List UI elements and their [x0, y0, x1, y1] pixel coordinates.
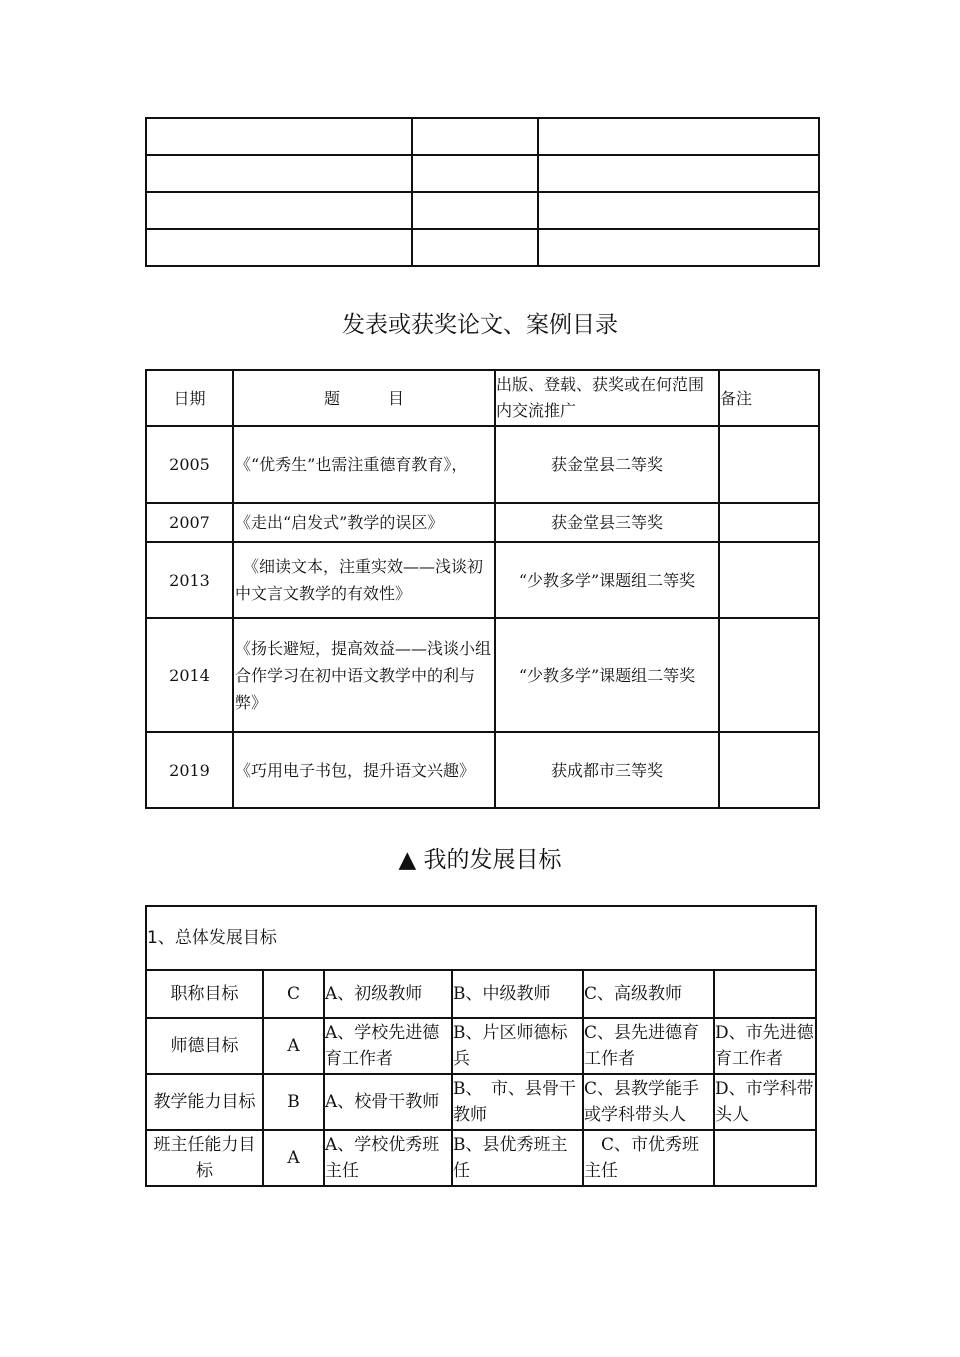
goal-choice: A: [263, 1018, 324, 1074]
blank-row: [146, 229, 819, 266]
goal-option: A、初级教师: [324, 970, 452, 1018]
goal-option: B、县优秀班主任: [452, 1130, 583, 1186]
goal-option: D、市学科带头人: [714, 1074, 816, 1130]
paper-notes: [719, 503, 819, 542]
goal-option: B、中级教师: [452, 970, 583, 1018]
paper-title: 《走出“启发式”教学的误区》: [233, 503, 495, 542]
blank-row: [146, 192, 819, 229]
blank-cell: [412, 118, 538, 155]
goal-row: 教学能力目标BA、校骨干教师B、 市、县骨干教师C、县教学能手或学科带头人D、市…: [146, 1074, 816, 1130]
paper-title: 《“优秀生”也需注重德育教育》，: [233, 426, 495, 503]
blank-cell: [146, 192, 412, 229]
paper-title: 《巧用电子书包，提升语文兴趣》: [233, 732, 495, 808]
blank-cell: [538, 192, 819, 229]
paper-notes: [719, 542, 819, 618]
goal-option: A、学校优秀班主任: [324, 1130, 452, 1186]
blank-cell: [538, 118, 819, 155]
goal-option: B、片区师德标兵: [452, 1018, 583, 1074]
goal-option: D、市先进德育工作者: [714, 1018, 816, 1074]
paper-row: 2019《巧用电子书包，提升语文兴趣》获成都市三等奖: [146, 732, 819, 808]
paper-award: 获金堂县三等奖: [495, 503, 719, 542]
blank-cell: [146, 155, 412, 192]
header-notes: 备注: [719, 370, 819, 426]
goal-option: B、 市、县骨干教师: [452, 1074, 583, 1130]
goal-label: 职称目标: [146, 970, 263, 1018]
paper-notes: [719, 426, 819, 503]
goals-table: 1、总体发展目标 职称目标CA、初级教师B、中级教师C、高级教师师德目标AA、学…: [145, 905, 817, 1187]
blank-row: [146, 118, 819, 155]
papers-header-row: 日期 题 目 出版、登载、获奖或在何范围内交流推广 备注: [146, 370, 819, 426]
header-date: 日期: [146, 370, 233, 426]
blank-table: [145, 117, 820, 267]
goals-section-row: 1、总体发展目标: [146, 906, 816, 970]
goal-row: 职称目标CA、初级教师B、中级教师C、高级教师: [146, 970, 816, 1018]
paper-row: 2014《扬长避短，提高效益——浅谈小组合作学习在初中语文教学中的利与弊》“少教…: [146, 618, 819, 732]
blank-cell: [538, 229, 819, 266]
goal-option: C、县先进德育工作者: [583, 1018, 714, 1074]
paper-date: 2019: [146, 732, 233, 808]
goal-option: [714, 1130, 816, 1186]
paper-date: 2013: [146, 542, 233, 618]
paper-award: “少教多学”课题组二等奖: [495, 618, 719, 732]
goal-option: A、学校先进德育工作者: [324, 1018, 452, 1074]
paper-award: 获成都市三等奖: [495, 732, 719, 808]
blank-cell: [146, 118, 412, 155]
paper-date: 2014: [146, 618, 233, 732]
header-publication: 出版、登载、获奖或在何范围内交流推广: [495, 370, 719, 426]
goals-heading: ▲ 我的发展目标: [0, 841, 960, 874]
blank-cell: [146, 229, 412, 266]
goal-choice: A: [263, 1130, 324, 1186]
goal-row: 班主任能力目标AA、学校优秀班主任B、县优秀班主任 C、市优秀班主任: [146, 1130, 816, 1186]
header-title: 题 目: [233, 370, 495, 426]
goal-row: 师德目标AA、学校先进德育工作者B、片区师德标兵C、县先进德育工作者D、市先进德…: [146, 1018, 816, 1074]
papers-heading: 发表或获奖论文、案例目录: [0, 306, 960, 339]
blank-cell: [412, 192, 538, 229]
goal-label: 师德目标: [146, 1018, 263, 1074]
paper-date: 2005: [146, 426, 233, 503]
paper-award: “少教多学”课题组二等奖: [495, 542, 719, 618]
paper-notes: [719, 732, 819, 808]
paper-title: 《扬长避短，提高效益——浅谈小组合作学习在初中语文教学中的利与弊》: [233, 618, 495, 732]
goal-option: C、市优秀班主任: [583, 1130, 714, 1186]
blank-cell: [538, 155, 819, 192]
paper-row: 2007《走出“启发式”教学的误区》获金堂县三等奖: [146, 503, 819, 542]
paper-award: 获金堂县二等奖: [495, 426, 719, 503]
papers-table: 日期 题 目 出版、登载、获奖或在何范围内交流推广 备注 2005《“优秀生”也…: [145, 369, 820, 809]
paper-row: 2013 《细读文本，注重实效——浅谈初中文言文教学的有效性》“少教多学”课题组…: [146, 542, 819, 618]
goal-choice: B: [263, 1074, 324, 1130]
blank-cell: [412, 229, 538, 266]
blank-cell: [412, 155, 538, 192]
goal-option: C、县教学能手或学科带头人: [583, 1074, 714, 1130]
paper-row: 2005《“优秀生”也需注重德育教育》，获金堂县二等奖: [146, 426, 819, 503]
goal-option: A、校骨干教师: [324, 1074, 452, 1130]
paper-notes: [719, 618, 819, 732]
paper-title: 《细读文本，注重实效——浅谈初中文言文教学的有效性》: [233, 542, 495, 618]
goal-choice: C: [263, 970, 324, 1018]
goal-option: [714, 970, 816, 1018]
goal-option: C、高级教师: [583, 970, 714, 1018]
paper-date: 2007: [146, 503, 233, 542]
goals-section-title: 1、总体发展目标: [146, 906, 816, 970]
goal-label: 教学能力目标: [146, 1074, 263, 1130]
blank-row: [146, 155, 819, 192]
goal-label: 班主任能力目标: [146, 1130, 263, 1186]
